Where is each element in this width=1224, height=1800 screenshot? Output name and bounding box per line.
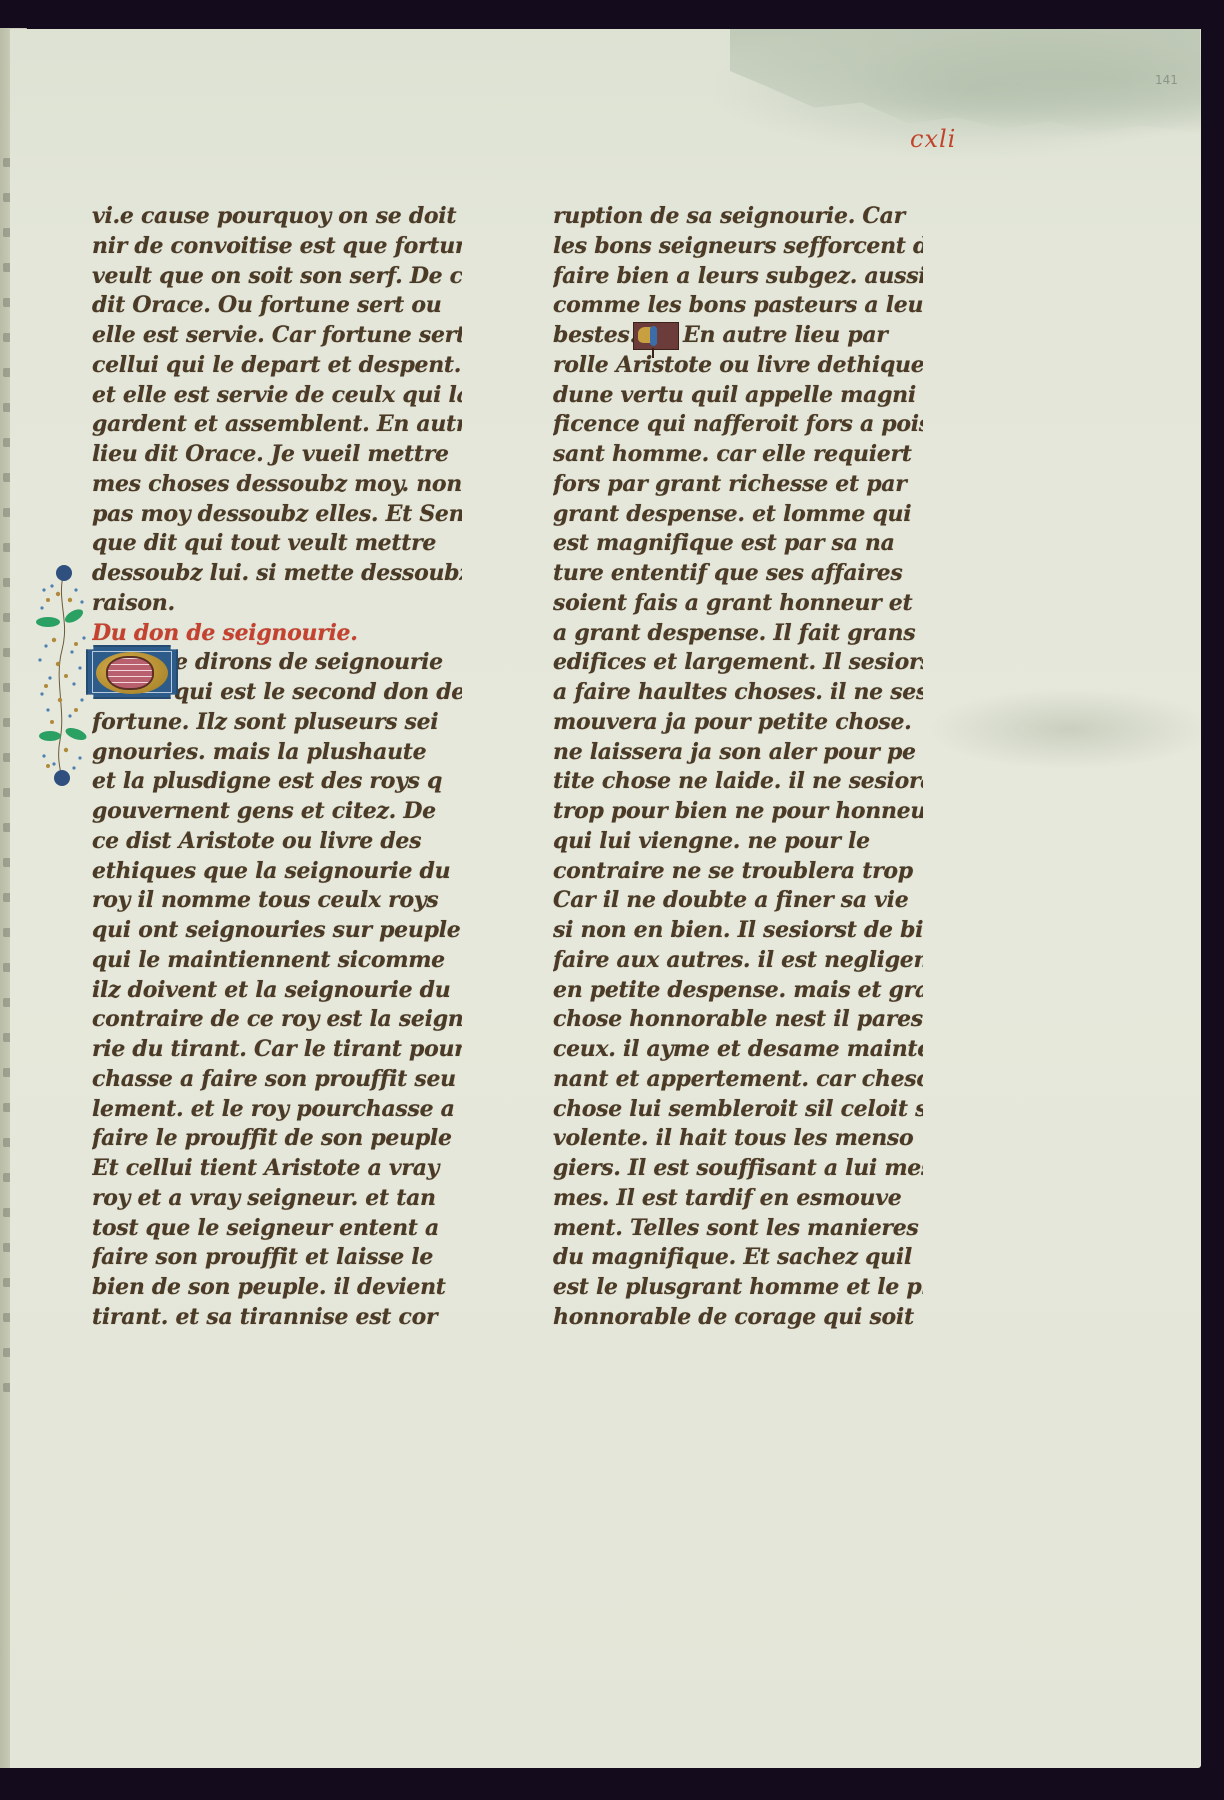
initial-tail-icon: [652, 348, 654, 358]
text-line: a faire haultes choses. il ne ses: [553, 678, 923, 708]
text-line: rolle Aristote ou livre dethiques: [553, 351, 923, 381]
text-line: mes. Il est tardif en esmouve: [553, 1184, 923, 1214]
text-line: grant despense. et lomme qui: [553, 500, 923, 530]
text-line: si non en bien. Il sesiorst de bien: [553, 916, 923, 946]
text-line: pas moy dessoubz elles. Et Sene: [92, 500, 462, 530]
text-line: et elle est servie de ceulx qui la: [92, 381, 462, 411]
text-line: fors par grant richesse et par: [553, 470, 923, 500]
text-line: gouvernent gens et citez. De: [92, 797, 462, 827]
border-spray-icon: [36, 560, 92, 790]
text-line: volente. il hait tous les menso: [553, 1124, 923, 1154]
illuminated-initial: [86, 645, 178, 699]
text-line: qui le maintiennent sicomme: [92, 946, 462, 976]
text-line: sant homme. car elle requiert: [553, 440, 923, 470]
text-line: faire aux autres. il est negligent: [553, 946, 923, 976]
text-line: veult que on soit son serf. De ce: [92, 262, 462, 292]
text-line: contraire de ce roy est la seigno: [92, 1005, 462, 1035]
right-column: ruption de sa seignourie. Car les bons s…: [553, 202, 923, 1333]
text-line: roy et a vray seigneur. et tan: [92, 1184, 462, 1214]
folio-number: cxli: [910, 125, 956, 153]
text-line: mes choses dessoubz moy. non: [92, 470, 462, 500]
text-line: contraire ne se troublera trop: [553, 857, 923, 887]
text-line: gardent et assemblent. En autre: [92, 410, 462, 440]
text-line: mouvera ja pour petite chose.: [553, 708, 923, 738]
text-line: elle est servie. Car fortune sert: [92, 321, 462, 351]
background-bottom: [0, 1768, 1224, 1800]
text-line: ethiques que la seignourie du: [92, 857, 462, 887]
text-line: du magnifique. Et sachez quil: [553, 1243, 923, 1273]
text-line: chose lui sembleroit sil celoit sa: [553, 1095, 923, 1125]
text-line: lieu dit Orace. Je vueil mettre: [92, 440, 462, 470]
text-line: ce dist Aristote ou livre des: [92, 827, 462, 857]
rubric-heading: Du don de seignourie.: [92, 619, 462, 649]
text-line: ture ententif que ses affaires: [553, 559, 923, 589]
text-line: vi.e cause pourquoy on se doit te: [92, 202, 462, 232]
text-line: cellui qui le depart et despent.: [92, 351, 462, 381]
text-line: gnouries. mais la plushaute: [92, 738, 462, 768]
text-line: ment. Telles sont les manieres: [553, 1214, 923, 1244]
text-line: tost que le seigneur entent a: [92, 1214, 462, 1244]
text-line: nir de convoitise est que fortune: [92, 232, 462, 262]
text-line: nant et appertement. car chescune: [553, 1065, 923, 1095]
water-stain: [730, 29, 1200, 134]
text-line: faire son prouffit et laisse le: [92, 1243, 462, 1273]
text-line: ne laissera ja son aler pour pe: [553, 738, 923, 768]
text-line: trop pour bien ne pour honneur: [553, 797, 923, 827]
text-line: faire le prouffit de son peuple: [92, 1124, 462, 1154]
text-line: comme les bons pasteurs a leurs: [553, 291, 923, 321]
text-line: a grant despense. Il fait grans: [553, 619, 923, 649]
left-column: vi.e cause pourquoy on se doit te nir de…: [92, 202, 462, 1333]
text-line: soient fais a grant honneur et: [553, 589, 923, 619]
text-segment: bestes.: [553, 321, 645, 351]
initial-pink-infill-icon: [106, 656, 154, 690]
text-line: honnorable de corage qui soit: [553, 1303, 923, 1333]
text-line: lement. et le roy pourchasse a: [92, 1095, 462, 1125]
text-line: giers. Il est souffisant a lui mes: [553, 1154, 923, 1184]
text-line: Et cellui tient Aristote a vray: [92, 1154, 462, 1184]
small-illuminated-initial: [633, 322, 679, 350]
text-line: edifices et largement. Il sesiorst: [553, 648, 923, 678]
text-line: bestes. En autre lieu par: [553, 321, 923, 351]
text-line: ruption de sa seignourie. Car: [553, 202, 923, 232]
blue-stroke-icon: [650, 326, 657, 346]
text-line: chasse a faire son prouffit seu: [92, 1065, 462, 1095]
text-line: tirant. et sa tirannise est cor: [92, 1303, 462, 1333]
text-line: bien de son peuple. il devient: [92, 1273, 462, 1303]
text-line: et la plusdigne est des roys q: [92, 767, 462, 797]
pencil-foliation: 141: [1155, 73, 1178, 87]
text-line: en petite despense. mais et grant: [553, 976, 923, 1006]
text-line: tite chose ne laide. il ne sesiora: [553, 767, 923, 797]
text-line: ceux. il ayme et desame mainte: [553, 1035, 923, 1065]
text-line: fortune. Ilz sont pluseurs sei: [92, 708, 462, 738]
text-segment: En autre lieu par: [645, 321, 888, 351]
text-line: dune vertu quil appelle magni: [553, 381, 923, 411]
text-line: est le plusgrant homme et le plus: [553, 1273, 923, 1303]
text-line: qui ont seignouries sur peuple: [92, 916, 462, 946]
text-line: chose honnorable nest il pares: [553, 1005, 923, 1035]
text-line: Car il ne doubte a finer sa vie: [553, 886, 923, 916]
text-line: que dit qui tout veult mettre: [92, 529, 462, 559]
text-line: les bons seigneurs sefforcent de: [553, 232, 923, 262]
text-line: ilz doivent et la seignourie du: [92, 976, 462, 1006]
text-line: raison.: [92, 589, 462, 619]
text-line: faire bien a leurs subgez. aussi: [553, 262, 923, 292]
text-line: rie du tirant. Car le tirant pour: [92, 1035, 462, 1065]
text-line: est magnifique est par sa na: [553, 529, 923, 559]
text-line: ficence qui nafferoit fors a pois: [553, 410, 923, 440]
text-line: dit Orace. Ou fortune sert ou: [92, 291, 462, 321]
text-line: roy il nomme tous ceulx roys: [92, 886, 462, 916]
text-line: dessoubz lui. si mette dessoubz: [92, 559, 462, 589]
text-line: qui lui viengne. ne pour le: [553, 827, 923, 857]
